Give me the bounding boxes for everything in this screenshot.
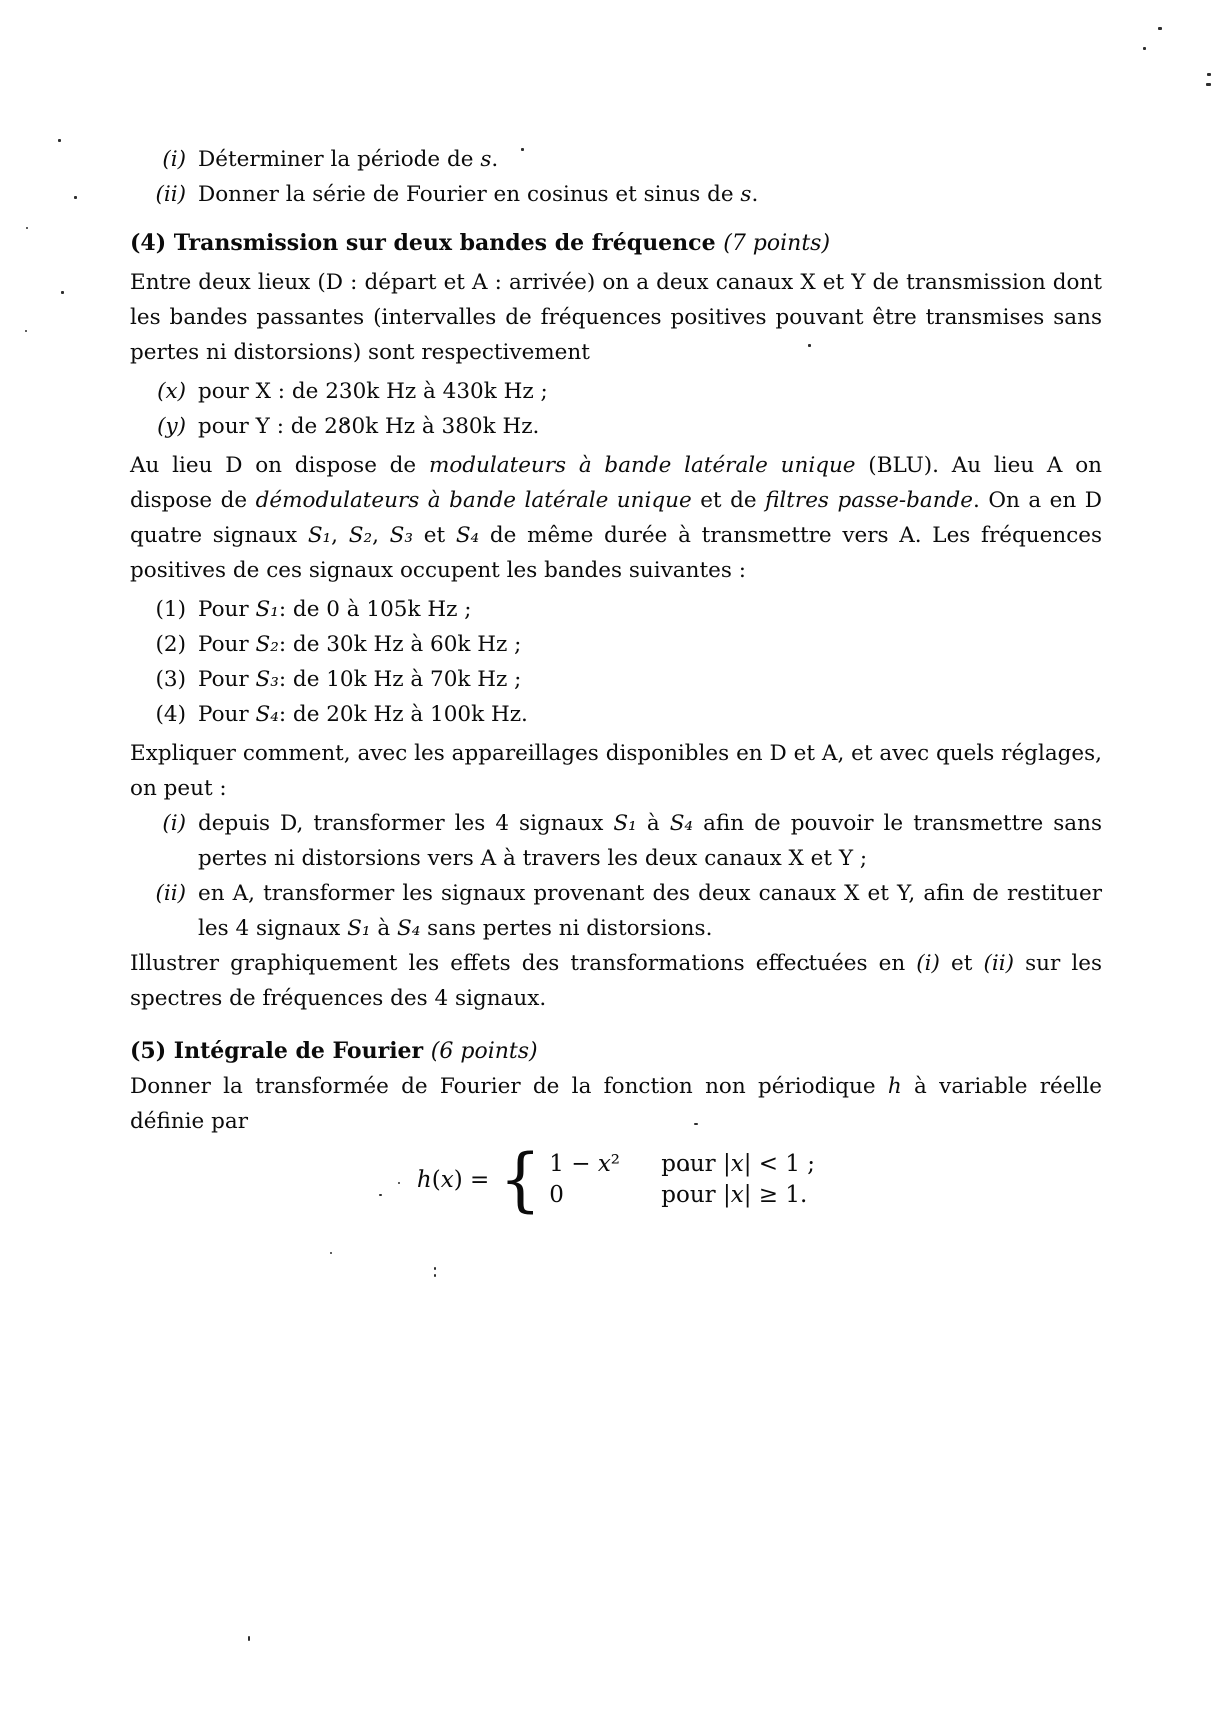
item-text: Pour S₁: de 0 à 105k Hz ;	[198, 592, 1102, 627]
piecewise-function-formula: h(x) = { 1 − x² pour |x| < 1 ; 0 pour |x…	[130, 1149, 1102, 1211]
item-text: Pour S₃: de 10k Hz à 70k Hz ;	[198, 662, 1102, 697]
scanned-exam-page: (i) Déterminer la période de s. (ii) Don…	[0, 0, 1227, 1711]
list-item: (y) pour Y : de 280k Hz à 380k Hz.	[130, 409, 1102, 444]
list-item: (i) Déterminer la période de s.	[130, 142, 1102, 177]
formula-case-row: 0 pour |x| ≥ 1.	[549, 1180, 815, 1211]
ink-speck	[61, 291, 64, 294]
list-item: (x) pour X : de 230k Hz à 430k Hz ;	[130, 374, 1102, 409]
list-item: (3) Pour S₃: de 10k Hz à 70k Hz ;	[130, 662, 1102, 697]
item-number: (2)	[130, 627, 198, 662]
ink-speck	[58, 139, 61, 142]
formula-cases: 1 − x² pour |x| < 1 ; 0 pour |x| ≥ 1.	[549, 1149, 815, 1211]
case-condition: pour |x| < 1 ;	[661, 1149, 815, 1180]
list-item: (i) depuis D, transformer les 4 signaux …	[130, 806, 1102, 876]
item-number: (1)	[130, 592, 198, 627]
item-text: en A, transformer les signaux provenant …	[198, 876, 1102, 946]
ink-speck	[248, 1636, 250, 1641]
section4-paragraph-2: Au lieu D on dispose de modulateurs à ba…	[130, 448, 1102, 588]
list-item: (2) Pour S₂: de 30k Hz à 60k Hz ;	[130, 627, 1102, 662]
ink-speck	[434, 1267, 436, 1270]
section5-paragraph-1: Donner la transformée de Fourier de la f…	[130, 1069, 1102, 1139]
section4-heading: (4) Transmission sur deux bandes de fréq…	[130, 226, 1102, 261]
intro-question-list: (i) Déterminer la période de s. (ii) Don…	[130, 142, 1102, 212]
section4-paragraph-4: Illustrer graphiquement les effets des t…	[130, 946, 1102, 1016]
ink-speck	[1207, 73, 1211, 76]
ink-speck	[1143, 47, 1146, 50]
section4-paragraph-1: Entre deux lieux (D : départ et A : arri…	[130, 265, 1102, 370]
page-content: (i) Déterminer la période de s. (ii) Don…	[130, 138, 1102, 1211]
item-number: (3)	[130, 662, 198, 697]
task-list: (i) depuis D, transformer les 4 signaux …	[130, 806, 1102, 946]
signal-band-list: (1) Pour S₁: de 0 à 105k Hz ; (2) Pour S…	[130, 592, 1102, 732]
list-item: (ii) Donner la série de Fourier en cosin…	[130, 177, 1102, 212]
section4-paragraph-3: Expliquer comment, avec les appareillage…	[130, 736, 1102, 806]
formula-case-row: 1 − x² pour |x| < 1 ;	[549, 1149, 815, 1180]
item-number: (i)	[130, 806, 198, 876]
item-text: pour Y : de 280k Hz à 380k Hz.	[198, 409, 1102, 444]
channel-band-list: (x) pour X : de 230k Hz à 430k Hz ; (y) …	[130, 374, 1102, 444]
item-text: Pour S₂: de 30k Hz à 60k Hz ;	[198, 627, 1102, 662]
ink-speck	[1206, 83, 1211, 86]
ink-speck	[1158, 27, 1162, 30]
ink-speck	[25, 330, 27, 332]
item-text: Donner la série de Fourier en cosinus et…	[198, 177, 1102, 212]
ink-speck	[74, 196, 77, 199]
section5-heading: (5) Intégrale de Fourier (6 points)	[130, 1034, 1102, 1069]
ink-speck	[330, 1252, 332, 1254]
item-number: (y)	[130, 409, 198, 444]
ink-speck	[434, 1274, 436, 1277]
case-condition: pour |x| ≥ 1.	[661, 1180, 807, 1211]
list-item: (4) Pour S₄: de 20k Hz à 100k Hz.	[130, 697, 1102, 732]
item-text: Pour S₄: de 20k Hz à 100k Hz.	[198, 697, 1102, 732]
case-expression: 0	[549, 1180, 661, 1211]
item-text: depuis D, transformer les 4 signaux S₁ à…	[198, 806, 1102, 876]
item-number: (4)	[130, 697, 198, 732]
item-text: Déterminer la période de s.	[198, 142, 1102, 177]
list-item: (1) Pour S₁: de 0 à 105k Hz ;	[130, 592, 1102, 627]
item-number: (x)	[130, 374, 198, 409]
item-number: (i)	[130, 142, 198, 177]
item-number: (ii)	[130, 177, 198, 212]
list-item: (ii) en A, transformer les signaux prove…	[130, 876, 1102, 946]
case-expression: 1 − x²	[549, 1149, 661, 1180]
ink-speck	[26, 227, 28, 229]
item-number: (ii)	[130, 876, 198, 946]
item-text: pour X : de 230k Hz à 430k Hz ;	[198, 374, 1102, 409]
formula-lhs: h(x) =	[417, 1165, 489, 1196]
